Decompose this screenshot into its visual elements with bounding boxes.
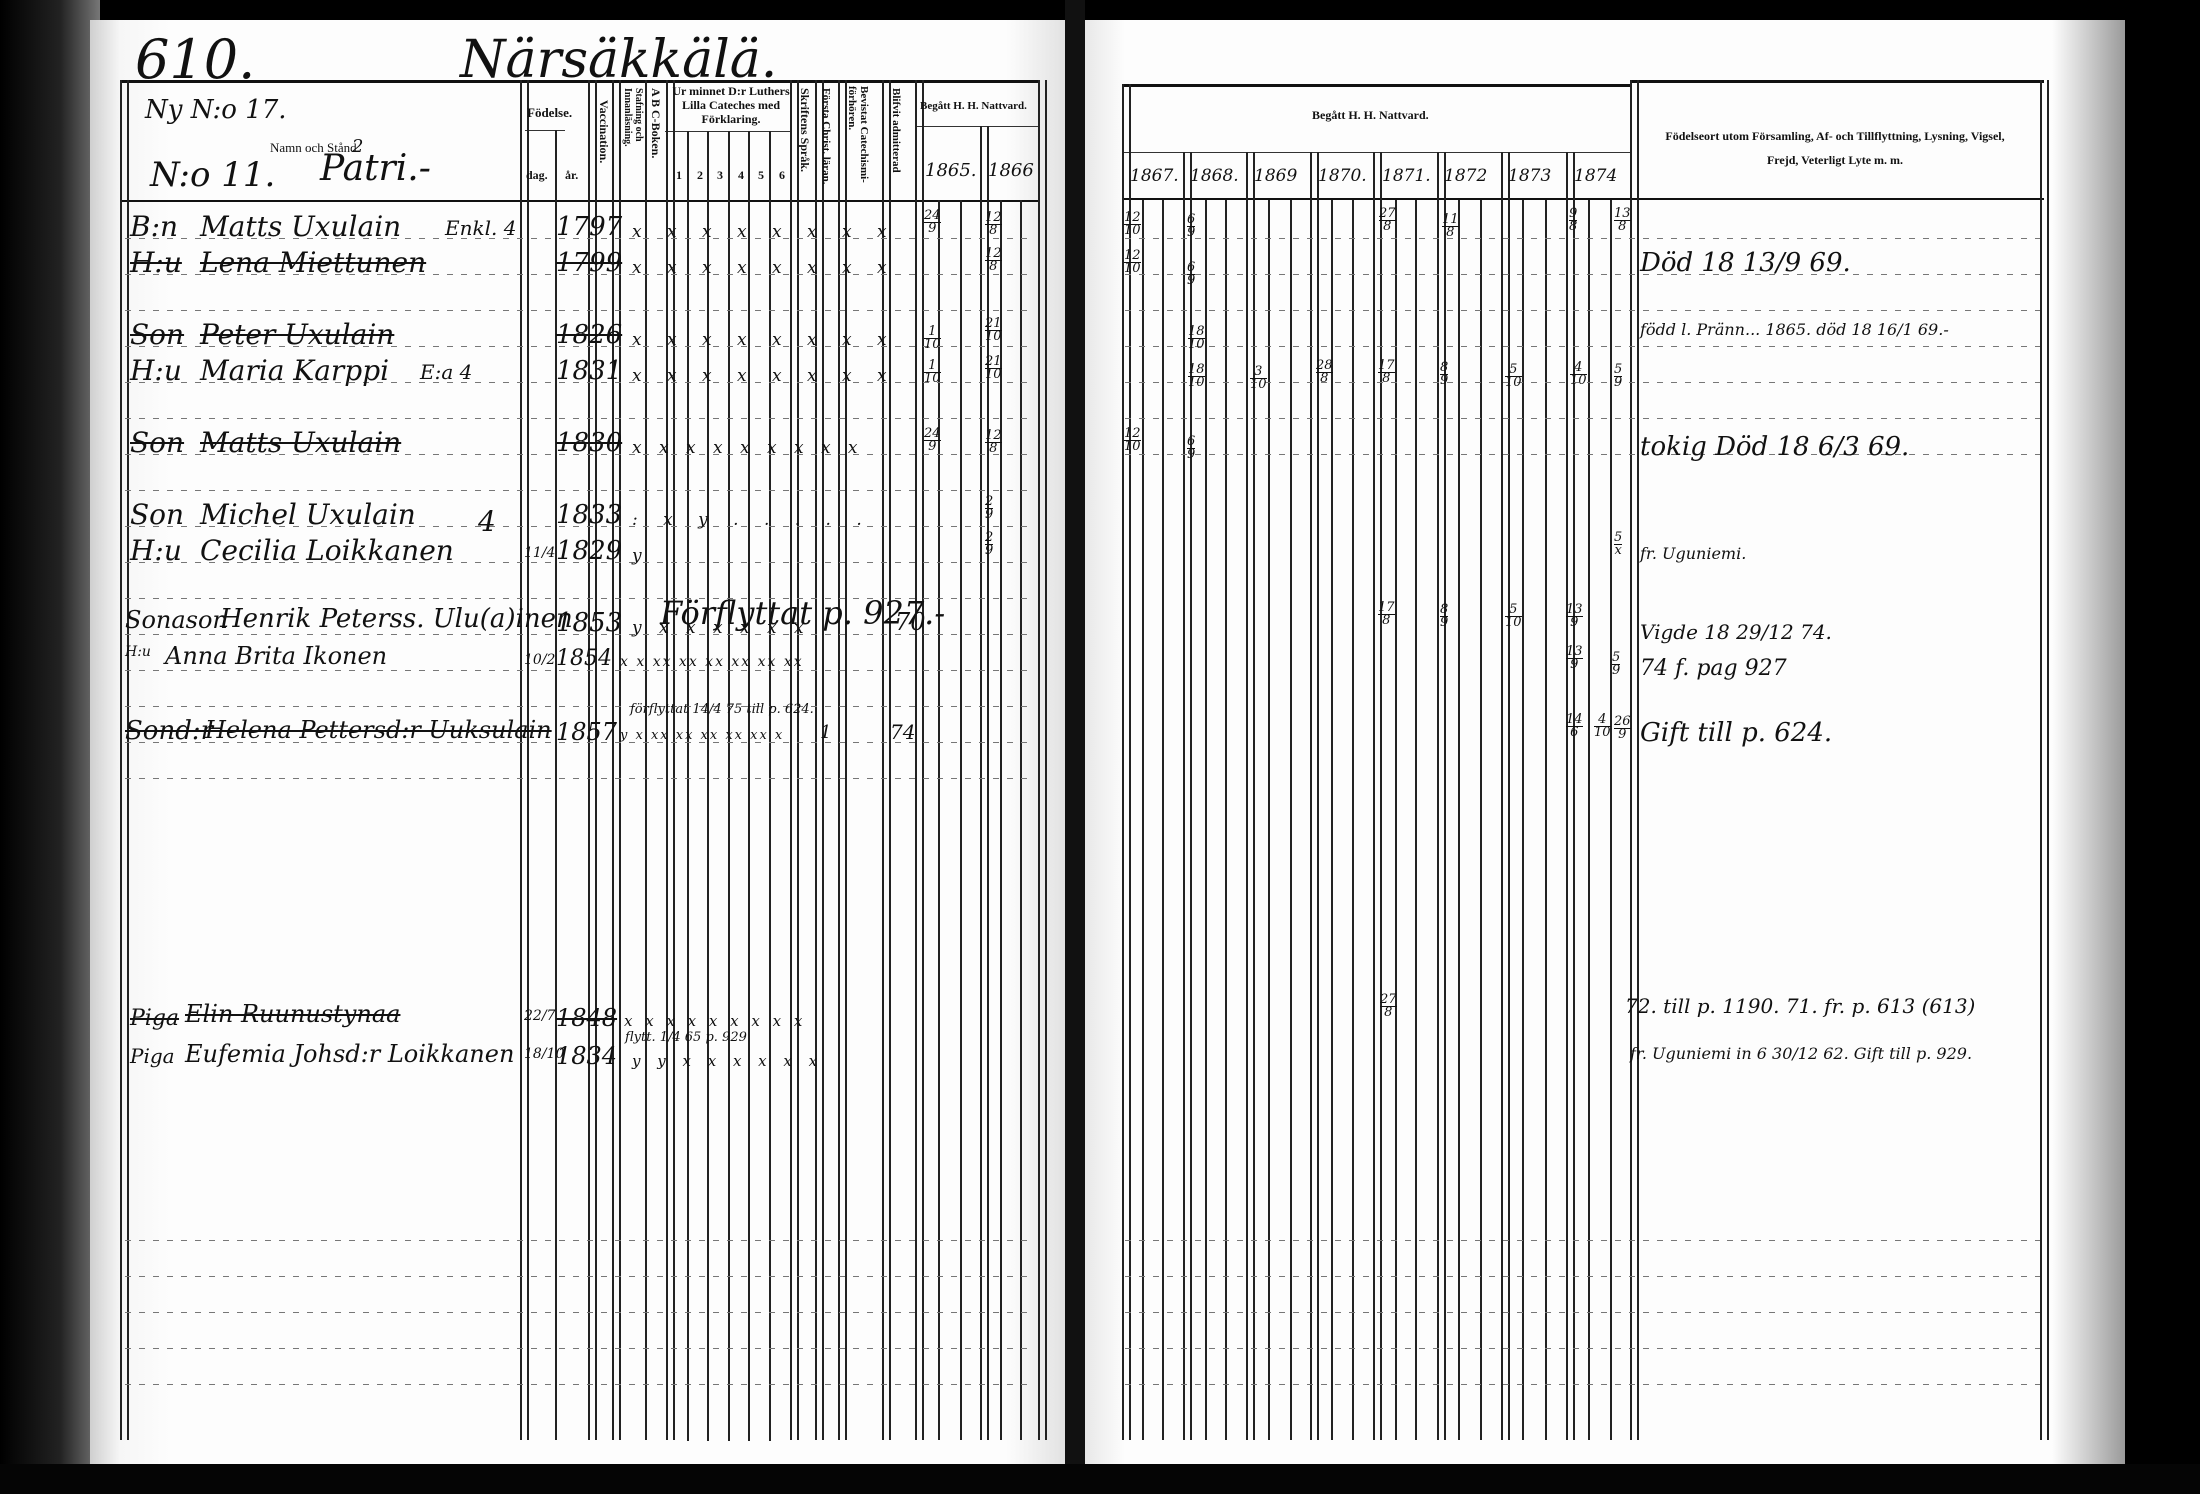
row-3-communion-1866: 2110 — [985, 318, 1002, 343]
scan-left-edge — [0, 0, 100, 1494]
year-1872: 1872 — [1444, 166, 1487, 186]
r1-1872: 118 — [1442, 214, 1459, 239]
row-4-year: 1831 — [556, 356, 622, 386]
right-table-top-border — [1122, 84, 1632, 87]
row-5-communion-1865: 249 — [924, 428, 941, 453]
row-7-remark: fr. Uguniemi. — [1640, 544, 1746, 563]
row-7-communion-1866: 29 — [985, 532, 993, 557]
row-7-day: 11/4 — [524, 545, 555, 561]
catechism-part-5: 5 — [758, 168, 764, 183]
r1-1874: 138 — [1614, 208, 1631, 233]
row-3-marks: x x x x x x x x — [632, 330, 897, 350]
catechism-part-4: 4 — [738, 168, 744, 183]
r4-1871: 178 — [1378, 360, 1395, 385]
row-8-role: Sonason — [125, 606, 228, 634]
row-10-remark: Gift till p. 624. — [1640, 718, 1832, 748]
catechism-hearings-header: Bevistat Catechismi-förhören. — [846, 86, 870, 186]
r11-1871: 278 — [1380, 994, 1397, 1019]
row-6-communion-1866: 29 — [985, 496, 993, 521]
row-11-day: 22/7 — [524, 1008, 555, 1024]
row-11-name: Elin Ruunustynaa — [185, 1000, 400, 1028]
catechism-part-3: 3 — [717, 168, 723, 183]
row-12-marks: y y x x x x x x — [632, 1052, 823, 1070]
row-1-communion-1865: 249 — [924, 210, 941, 235]
r9-1874b: 59 — [1612, 652, 1620, 677]
admitted-header: Blifvit admitterad — [890, 88, 902, 173]
catechism-part-2: 2 — [697, 168, 703, 183]
row-9-marks: x x xx xx xx xx xx xx — [620, 654, 804, 670]
row-3-communion-1865: 110 — [924, 326, 941, 351]
row-8-remark: Vigde 18 29/12 74. — [1640, 620, 1832, 644]
row-9-year: 1854 — [556, 646, 612, 671]
row-4-role: H:u — [130, 354, 182, 387]
row-12-role: Piga — [130, 1044, 175, 1068]
year-1868: 1868. — [1190, 166, 1239, 186]
r2-1867: 1210 — [1124, 250, 1141, 275]
year-1874: 1874 — [1574, 166, 1617, 186]
row-11-marks: x x x x x x x x x — [624, 1012, 806, 1030]
r1-1868: 69 — [1187, 214, 1195, 239]
catechism-part-6: 6 — [779, 168, 785, 183]
reading-header: Stafning och Innanläsning. — [622, 88, 644, 188]
right-header-bottom-border — [1122, 198, 2044, 200]
r1-1871: 278 — [1379, 208, 1396, 233]
row-3-remark: född l. Pränn... 1865. död 18 16/1 69.- — [1640, 320, 1949, 339]
row-12-name: Eufemia Johsd:r Loikkanen — [185, 1040, 514, 1068]
row-10-marks: y x xx xx xx xx xx x — [620, 728, 784, 743]
header-bottom-border — [120, 200, 1040, 202]
row-10-christian: 1 — [820, 722, 831, 743]
farm-reference: Ny N:o 17. — [145, 95, 287, 125]
household-superscript: 2 — [352, 136, 363, 157]
row-5-communion-1866: 128 — [985, 430, 1002, 455]
scan-right-edge — [2120, 0, 2200, 1494]
year-1866: 1866 — [988, 160, 1034, 181]
r4-1868: 1810 — [1188, 364, 1205, 389]
birth-header: Födelse. — [527, 105, 572, 121]
row-1-year: 1797 — [556, 212, 622, 242]
catechism-part-1: 1 — [676, 168, 682, 183]
year-1871: 1871. — [1382, 166, 1431, 186]
row-12-remark: fr. Uguniemi in 6 30/12 62. Gift till p.… — [1630, 1044, 1972, 1063]
r4-1874a: 410 — [1570, 362, 1587, 387]
r4-1874b: 59 — [1614, 364, 1622, 389]
row-11-year: 1848 — [556, 1004, 617, 1032]
row-2-communion-1866: 128 — [985, 248, 1002, 273]
scan-bottom-edge — [0, 1464, 2200, 1494]
scripture-header: Skriftens Språk. — [797, 88, 812, 172]
vaccination-header: Vaccination. — [596, 100, 611, 163]
r5-1867: 1210 — [1124, 428, 1141, 453]
catechism-header: Ur minnet D:r Luthers Lilla Cateches med… — [670, 84, 792, 126]
r8-1874: 139 — [1566, 604, 1583, 629]
r5-1868: 69 — [1187, 436, 1195, 461]
birth-year-header: år. — [565, 168, 578, 183]
year-1870: 1870. — [1318, 166, 1367, 186]
row-8-year: 1853 — [556, 608, 622, 638]
row-4-note: E:a 4 — [420, 360, 472, 384]
row-11-overwrite: flytt. 1/4 65 p. 929 — [625, 1030, 747, 1045]
row-10-role: Sond:r — [125, 716, 213, 746]
household-number: N:o 11. — [150, 155, 275, 195]
communion-header-left: Begått H. H. Nattvard. — [920, 100, 1027, 112]
row-5-marks: x x x x x x x x x — [632, 438, 864, 458]
row-10-overwrite: förflyttat 14/4 75 till p. 624. — [630, 702, 814, 717]
row-8-admitted: 70 — [895, 608, 926, 636]
row-4-communion-1865: 110 — [924, 360, 941, 385]
row-7-marks: y — [632, 546, 642, 566]
row-3-name: Peter Uxulain — [200, 318, 394, 351]
row-11-role: Piga — [130, 1006, 179, 1031]
r8-1873: 510 — [1505, 604, 1522, 629]
row-6-name: Michel Uxulain — [200, 498, 416, 531]
row-4-name: Maria Karppi — [200, 354, 389, 387]
row-8-name: Henrik Peterss. Ulu(a)inen — [220, 604, 573, 634]
row-9-role: H:u — [125, 644, 151, 660]
row-1-remark: Död 18 13/9 69. — [1640, 248, 1851, 278]
abc-book-header: A B C-Boken. — [648, 88, 663, 158]
household-name: Patri.- — [320, 148, 431, 189]
row-6-year: 1833 — [556, 500, 622, 530]
row-6-note: 4 — [478, 505, 496, 538]
row-9-day: 10/2 — [524, 652, 555, 668]
remarks-header: Födelseort utom Församling, Af- och Till… — [1660, 124, 2010, 172]
r4-1870: 288 — [1316, 360, 1333, 385]
r9-1874a: 139 — [1566, 646, 1583, 671]
book-gutter — [1065, 0, 1085, 1494]
row-5-remark: tokig Död 18 6/3 69. — [1640, 432, 1909, 462]
table-top-border — [120, 80, 1040, 83]
row-2-marks: x x x x x x x x — [632, 258, 897, 278]
row-9-remark: 74 f. pag 927 — [1640, 656, 1787, 681]
row-4-marks: x x x x x x x x — [632, 366, 897, 386]
year-1873: 1873 — [1508, 166, 1551, 186]
r4-1869: 310 — [1250, 366, 1267, 391]
row-12-year: 1834 — [556, 1042, 617, 1070]
r1-1873: 98 — [1569, 208, 1577, 233]
communion-header-right: Begått H. H. Nattvard. — [1312, 108, 1429, 123]
row-1-note: Enkl. 4 — [445, 216, 516, 240]
birth-day-header: dag. — [526, 168, 548, 183]
row-5-year: 1830 — [556, 428, 622, 458]
row-2-name: Lena Miettunen — [200, 246, 426, 279]
r10-1874b: 269 — [1614, 716, 1631, 741]
r10-1874a: 410 — [1594, 714, 1611, 739]
r4-1873: 510 — [1505, 364, 1522, 389]
row-7-role: H:u — [130, 534, 182, 567]
year-1865: 1865. — [925, 160, 977, 181]
row-11-remark: 72. till p. 1190. 71. fr. p. 613 (613) — [1625, 994, 1975, 1018]
row-10-name: Helena Pettersd:r Uuksulain — [205, 716, 552, 744]
row-1-name: Matts Uxulain — [200, 210, 401, 243]
row-9-name: Anna Brita Ikonen — [165, 642, 387, 670]
r10-1873: 146 — [1566, 714, 1583, 739]
row-3-role: Son — [130, 318, 184, 351]
row-2-role: H:u — [130, 246, 182, 279]
row-1-role: B:n — [130, 210, 178, 243]
row-5-role: Son — [130, 426, 184, 459]
row-7-name: Cecilia Loikkanen — [200, 534, 454, 567]
year-1869: 1869 — [1254, 166, 1297, 186]
row-5-name: Matts Uxulain — [200, 426, 401, 459]
row-6-marks: : x y . . . . . — [632, 510, 872, 530]
year-1867: 1867. — [1130, 166, 1179, 186]
row-10-admitted: 74 — [890, 720, 915, 744]
row-1-communion-1866: 128 — [985, 212, 1002, 237]
r3-1868: 1810 — [1188, 326, 1205, 351]
r7-1874: 5x — [1614, 532, 1622, 557]
row-10-year: 1857 — [556, 718, 617, 746]
row-6-role: Son — [130, 498, 184, 531]
row-7-year: 1829 — [556, 536, 622, 566]
row-4-communion-1866: 2110 — [985, 356, 1002, 381]
r8-1872: 89 — [1440, 604, 1448, 629]
r1-1867: 1210 — [1124, 212, 1141, 237]
r4-1872: 89 — [1440, 362, 1448, 387]
r8-1871: 178 — [1378, 602, 1395, 627]
christian-doctrine-header: Första Christ. läran. — [820, 88, 832, 185]
r2-1868: 69 — [1187, 262, 1195, 287]
row-3-year: 1826 — [556, 320, 622, 350]
row-2-year: 1799 — [556, 248, 622, 278]
row-1-marks: x x x x x x x x — [632, 222, 897, 242]
